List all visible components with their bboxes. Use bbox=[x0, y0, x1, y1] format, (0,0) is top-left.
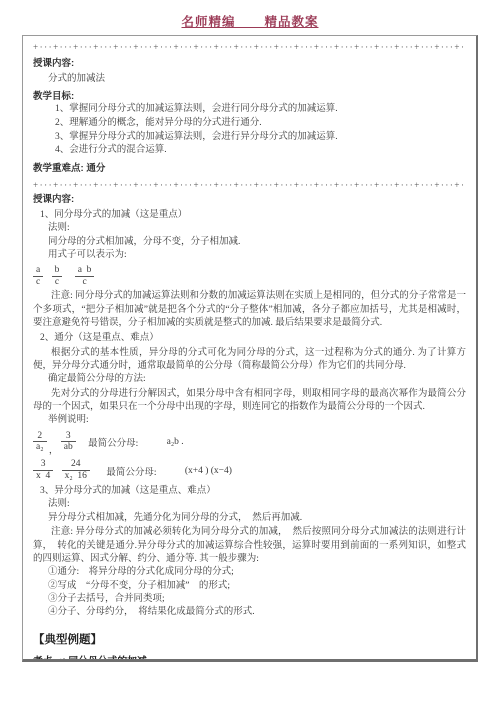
test-point-1-title: 考点一: 同分母分式的加减 bbox=[33, 655, 466, 662]
step-3: ③分子去括号，合并同类项; bbox=[48, 593, 466, 606]
label-teaching-goals: 教学目标: bbox=[33, 90, 466, 103]
lcd-label-2: 最简公分母: bbox=[106, 468, 156, 478]
goal-item-2: 2、理解通分的概念，能对异分母的分式进行通分. bbox=[55, 117, 466, 131]
separator-middle: +···+···+···+···+···+···+···+···+···+···… bbox=[33, 180, 466, 191]
section2-paragraph-1: 根据分式的基本性质，异分母的分式可化为同分母的分式，这一过程称为分式的通分. 为… bbox=[33, 347, 466, 374]
typical-examples-title: 【典型例题】 bbox=[33, 633, 466, 648]
section1-rule: 同分母的分式相加减，分母不变，分子相加减. bbox=[48, 236, 466, 249]
fraction-b-over-c: bc bbox=[52, 265, 63, 288]
label-lecture-content-1: 授课内容: bbox=[33, 57, 466, 70]
lesson-plan-box: +···+···+···+···+···+···+···+···+···+···… bbox=[22, 35, 478, 662]
step-1: ①通分: 将异分母的分式化成同分母的分式; bbox=[48, 566, 466, 579]
section3-note: 注意: 异分母分式的加减必须转化为同分母分式的加减， 然后按照同分母分式加减法的… bbox=[33, 526, 466, 566]
fraction-2-over-a2: 2a₂ bbox=[33, 431, 47, 454]
lesson-topic: 分式的加减法 bbox=[48, 73, 466, 86]
comma: ， bbox=[49, 442, 59, 456]
teaching-goals-list: 1、掌握同分母分式的加减运算法则，会进行同分母分式的加减运算. 2、理解通分的概… bbox=[55, 103, 466, 157]
section1-rule-label: 法则: bbox=[48, 222, 466, 235]
example-lcd-1: 2a₂ ， 3ab 最简公分母: a₂b . bbox=[33, 431, 466, 457]
label-keypoint: 教学重难点: 通分 bbox=[33, 162, 466, 175]
section2-paragraph-2: 先对分式的分母进行分解因式，如果分母中含有相同字母，则取相同字母的最高次幂作为最… bbox=[33, 388, 466, 415]
section3-title: 3、异分母分式的加减（这是重点、难点） bbox=[40, 485, 466, 498]
separator-top: +···+···+···+···+···+···+···+···+···+···… bbox=[33, 42, 466, 53]
section3-rule: 异分母分式相加减，先通分化为同分母的分式， 然后再加减. bbox=[48, 512, 466, 525]
example-lcd-2: 3x 4 24x₂ 16 最简公分母: (x+4 ) (x−4) bbox=[33, 459, 466, 482]
fraction-24-over-x2-16: 24x₂ 16 bbox=[62, 459, 90, 482]
keypoint-label: 教学重难点: bbox=[33, 163, 84, 174]
section1-title: 1、同分母分式的加减（这是重点） bbox=[40, 209, 466, 222]
section1-note: 注意: 同分母分式的加减运算法则和分数的加减运算法则在实质上是相同的，但分式的分… bbox=[33, 290, 466, 330]
goal-item-4: 4、会进行分式的混合运算. bbox=[55, 144, 466, 158]
goal-item-1: 1、掌握同分母分式的加减运算法则，会进行同分母分式的加减运算. bbox=[55, 103, 466, 117]
fraction-a-over-c: ac bbox=[33, 265, 43, 288]
fraction-ab-over-c: a bc bbox=[75, 265, 95, 288]
fraction-3-over-x4: 3x 4 bbox=[33, 459, 53, 482]
lcd-answer-2: (x+4 ) (x−4) bbox=[185, 466, 232, 476]
step-2: ②写成 “分母不变，分子相加减” 的形式; bbox=[48, 580, 466, 593]
goal-item-3: 3、掌握异分母分式的加减运算法则，会进行异分母分式的加减运算. bbox=[55, 131, 466, 145]
section1-formula-intro: 用式子可以表示为: bbox=[48, 249, 466, 262]
section2-method-label: 确定最简公分母的方法: bbox=[48, 373, 466, 386]
lcd-label-1: 最简公分母: bbox=[88, 439, 138, 449]
section2-title: 2、通分（这是重点、难点） bbox=[40, 332, 466, 345]
doc-title: 名师精编____精品教案 bbox=[0, 12, 500, 30]
section2-example-label: 举例说明: bbox=[48, 414, 466, 427]
fraction-3-over-ab: 3ab bbox=[61, 431, 76, 454]
section3-rule-label: 法则: bbox=[48, 498, 466, 511]
label-lecture-content-2: 授课内容: bbox=[33, 193, 466, 206]
formula-same-denominator: ac bc a bc bbox=[33, 265, 466, 288]
keypoint-value: 通分 bbox=[86, 163, 105, 174]
lcd-answer-1: a₂b . bbox=[167, 437, 184, 447]
step-4: ④分子、分母约分， 将结果化成最简分式的形式. bbox=[48, 606, 466, 619]
